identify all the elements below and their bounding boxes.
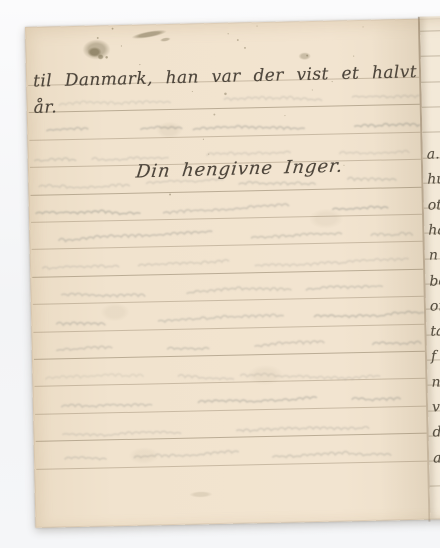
ruled-line bbox=[31, 214, 422, 223]
ink-stain bbox=[223, 92, 227, 96]
letter-text-line-1: til Danmark, han var der vist et halvt bbox=[33, 62, 417, 91]
ruled-line bbox=[422, 106, 440, 108]
ruled-line bbox=[34, 351, 425, 360]
letter-text-line-2: år. bbox=[33, 97, 57, 117]
ink-stain bbox=[304, 205, 349, 232]
adjacent-page-fragments: a.huothanbeontafnvda bbox=[420, 16, 440, 17]
signature: Din hengivne Inger. bbox=[135, 156, 345, 183]
bleed-through-stroke bbox=[39, 183, 130, 189]
bleed-through-stroke bbox=[46, 127, 88, 131]
bleed-through-stroke bbox=[34, 158, 76, 162]
ink-stain bbox=[78, 36, 115, 63]
ink-stain bbox=[126, 26, 173, 42]
bleed-through-stroke bbox=[163, 204, 289, 214]
bleed-through-stroke bbox=[56, 321, 105, 326]
bleed-through-stroke bbox=[58, 231, 212, 242]
ink-stain bbox=[284, 115, 286, 117]
bleed-through-stroke bbox=[178, 374, 234, 381]
ruled-line bbox=[33, 296, 424, 305]
ink-stain bbox=[306, 54, 309, 57]
adjacent-page-fragment: n bbox=[431, 374, 440, 390]
adjacent-page-fragment: ha bbox=[428, 222, 440, 238]
adjacent-page-fragment: f bbox=[431, 349, 437, 365]
bleed-through-stroke bbox=[138, 260, 229, 267]
bleed-through-stroke bbox=[158, 314, 284, 322]
ink-stain bbox=[208, 153, 210, 155]
ink-stain bbox=[227, 33, 229, 35]
ruled-line bbox=[420, 30, 440, 32]
ink-stain bbox=[297, 51, 313, 61]
ink-stain bbox=[353, 55, 355, 57]
letter-page: til Danmark, han var der vist et halvt å… bbox=[25, 18, 440, 528]
ink-stain bbox=[191, 90, 193, 92]
bleed-through-stroke bbox=[42, 265, 119, 270]
ruled-line bbox=[35, 405, 426, 414]
ruled-line bbox=[32, 241, 423, 250]
ruled-line bbox=[29, 132, 420, 141]
bleed-through-stroke bbox=[239, 180, 316, 186]
bleed-through-stroke bbox=[254, 341, 324, 347]
bleed-through-stroke bbox=[61, 403, 152, 408]
adjacent-page-fragment: a bbox=[433, 450, 440, 466]
scanned-letter: til Danmark, han var der vist et halvt å… bbox=[0, 0, 440, 548]
ink-stain bbox=[311, 89, 313, 91]
bleed-through-stroke bbox=[272, 451, 391, 459]
ink-stain bbox=[158, 36, 173, 43]
ink-stain bbox=[169, 193, 172, 196]
ink-stain bbox=[105, 55, 109, 59]
ink-stain bbox=[85, 45, 103, 58]
ruled-line bbox=[31, 186, 422, 195]
ruled-line bbox=[421, 55, 440, 57]
ink-stain bbox=[139, 64, 141, 66]
ink-stain bbox=[256, 25, 258, 27]
ink-stain bbox=[242, 362, 289, 389]
adjacent-page-fragment: a. bbox=[427, 146, 440, 162]
ink-stain bbox=[243, 46, 246, 49]
ruled-line bbox=[35, 378, 426, 387]
adjacent-page-fragment: be bbox=[429, 273, 440, 289]
ink-stain bbox=[96, 36, 99, 39]
ruled-line bbox=[36, 460, 427, 469]
adjacent-page-fragment: ot bbox=[428, 197, 440, 213]
bleed-through-stroke bbox=[251, 233, 342, 239]
ink-stain bbox=[362, 26, 364, 28]
ink-stain bbox=[186, 490, 216, 499]
ruled-line bbox=[422, 131, 440, 133]
bleed-through-stroke bbox=[45, 373, 143, 379]
ruled-line bbox=[32, 269, 423, 278]
bleed-through-stroke bbox=[56, 346, 112, 351]
bleed-through-stroke bbox=[167, 347, 209, 351]
ink-stain bbox=[236, 39, 239, 42]
adjacent-page-fragment: ta bbox=[430, 323, 440, 339]
ink-stain bbox=[120, 45, 122, 47]
bleed-through-stroke bbox=[198, 397, 317, 404]
bleed-through-stroke bbox=[306, 285, 383, 291]
ruled-line bbox=[421, 80, 440, 82]
ink-stain bbox=[111, 27, 114, 30]
bleed-through-stroke bbox=[62, 431, 181, 437]
bleed-through-stroke bbox=[186, 286, 291, 294]
bleed-through-stroke bbox=[59, 99, 171, 105]
bleed-through-stroke bbox=[236, 426, 369, 432]
ruled-line bbox=[33, 323, 424, 332]
bleed-through-stroke bbox=[140, 126, 182, 130]
bleed-through-stroke bbox=[35, 209, 140, 216]
ink-stain bbox=[97, 53, 105, 60]
ruled-line bbox=[36, 433, 427, 442]
adjacent-page-fragment: d bbox=[432, 425, 440, 441]
bleed-through-stroke bbox=[207, 151, 291, 156]
bleed-through-stroke bbox=[61, 292, 145, 299]
ink-stain bbox=[202, 138, 204, 140]
bleed-through-stroke bbox=[193, 124, 305, 131]
ink-stain bbox=[213, 113, 216, 116]
adjacent-page-fragment: hu bbox=[427, 172, 440, 188]
adjacent-page-rules bbox=[420, 16, 440, 17]
ruled-line bbox=[29, 104, 420, 113]
adjacent-page-fragment: n bbox=[429, 248, 438, 264]
ruled-line bbox=[430, 485, 440, 487]
bleed-through-stroke bbox=[134, 451, 239, 459]
adjacent-page-fragment: v bbox=[432, 399, 440, 415]
bleed-through-stroke bbox=[224, 95, 322, 103]
ink-stain bbox=[124, 444, 164, 467]
adjacent-page-fragment: on bbox=[430, 298, 440, 314]
bleed-through-stroke bbox=[65, 456, 107, 460]
